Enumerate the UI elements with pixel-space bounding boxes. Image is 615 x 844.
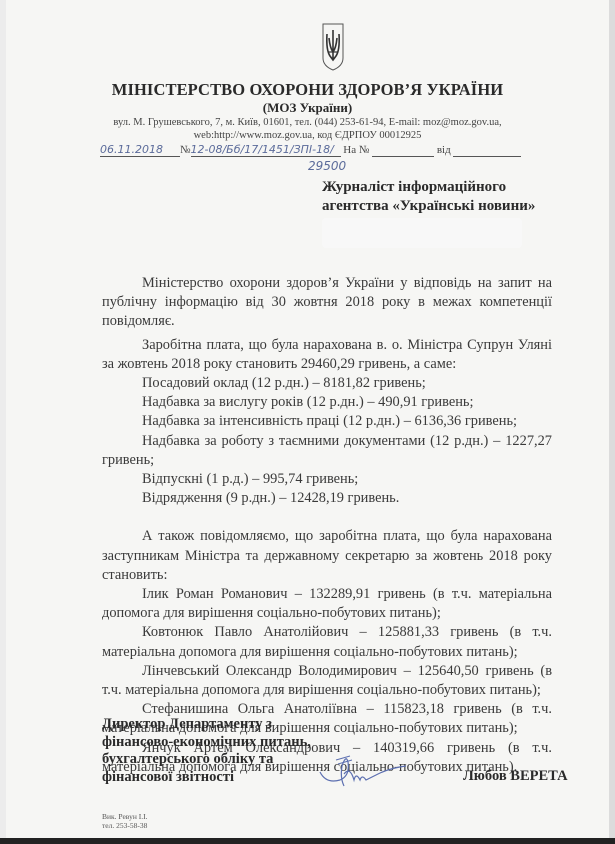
from-label: від xyxy=(437,144,451,156)
recipient: Журналіст інформаційного агентства «Укра… xyxy=(322,178,535,216)
executor-info: Вик. Ревун І.І. тел. 253-58-38 xyxy=(102,812,147,830)
signer-title: Директор Департаменту з фінансово-економ… xyxy=(102,716,311,786)
incoming-number: 29500 xyxy=(308,159,346,173)
salary-item: Відпускні (1 р.д.) – 995,74 гривень; xyxy=(102,470,552,489)
salary-item: Надбавка за вислугу років (12 р.дн.) – 4… xyxy=(102,393,552,412)
outgoing-date: 06.11.2018 xyxy=(100,143,163,156)
from-date-blank xyxy=(453,144,521,157)
reference-line: 06.11.2018№12-08/Бб/17/1451/ЗПІ-18/ На №… xyxy=(100,143,521,157)
executor-name: Вик. Ревун І.І. xyxy=(102,812,147,821)
in-number-label: На № xyxy=(343,144,369,156)
in-number-blank xyxy=(372,144,434,157)
address-line-2: web:http://www.moz.gov.ua, код ЄДРПОУ 00… xyxy=(0,130,615,141)
signer-title-line: фінансової звітності xyxy=(102,769,311,787)
letter-body: Міністерство охорони здоров’я України у … xyxy=(102,274,552,777)
salary-intro: Заробітна плата, що була нарахована в. о… xyxy=(102,336,552,374)
ministry-abbr: (МОЗ України) xyxy=(0,100,615,116)
signer-name: Любов ВЕРЕТА xyxy=(463,768,568,785)
signer-title-line: фінансово-економічних питань, xyxy=(102,734,311,752)
salary-item: Надбавка за інтенсивність праці (12 р.дн… xyxy=(102,412,552,431)
outgoing-number: 12-08/Бб/17/1451/ЗПІ-18/ xyxy=(191,143,334,156)
salary-item: Посадовий оклад (12 р.дн.) – 8181,82 гри… xyxy=(102,374,552,393)
deputies-intro: А також повідомляємо, що заробітна плата… xyxy=(102,527,552,585)
executor-phone: тел. 253-58-38 xyxy=(102,821,147,830)
deputy-item: Лінчевський Олександр Володимирович – 12… xyxy=(102,662,552,700)
deputy-item: Ковтонюк Павло Анатолійович – 125881,33 … xyxy=(102,623,552,661)
handwritten-signature-icon xyxy=(318,752,418,792)
intro-paragraph: Міністерство охорони здоров’я України у … xyxy=(102,274,552,332)
signer-title-line: Директор Департаменту з xyxy=(102,716,311,734)
redacted-area xyxy=(322,218,522,248)
recipient-line-1: Журналіст інформаційного xyxy=(322,178,535,197)
salary-item: Надбавка за роботу з таємними документам… xyxy=(102,432,552,470)
deputy-item: Ілик Роман Романович – 132289,91 гривень… xyxy=(102,585,552,623)
scan-edge-bottom xyxy=(0,838,615,844)
ministry-name: МІНІСТЕРСТВО ОХОРОНИ ЗДОРОВ’Я УКРАЇНИ xyxy=(0,80,615,100)
salary-item: Відрядження (9 р.дн.) – 12428,19 гривень… xyxy=(102,489,552,508)
address-line-1: вул. М. Грушевського, 7, м. Київ, 01601,… xyxy=(0,117,615,128)
number-label: № xyxy=(180,144,191,156)
recipient-line-2: агентства «Українські новини» xyxy=(322,197,535,216)
signer-title-line: бухгалтерського обліку та xyxy=(102,751,311,769)
trident-coat-of-arms-icon xyxy=(321,22,345,72)
